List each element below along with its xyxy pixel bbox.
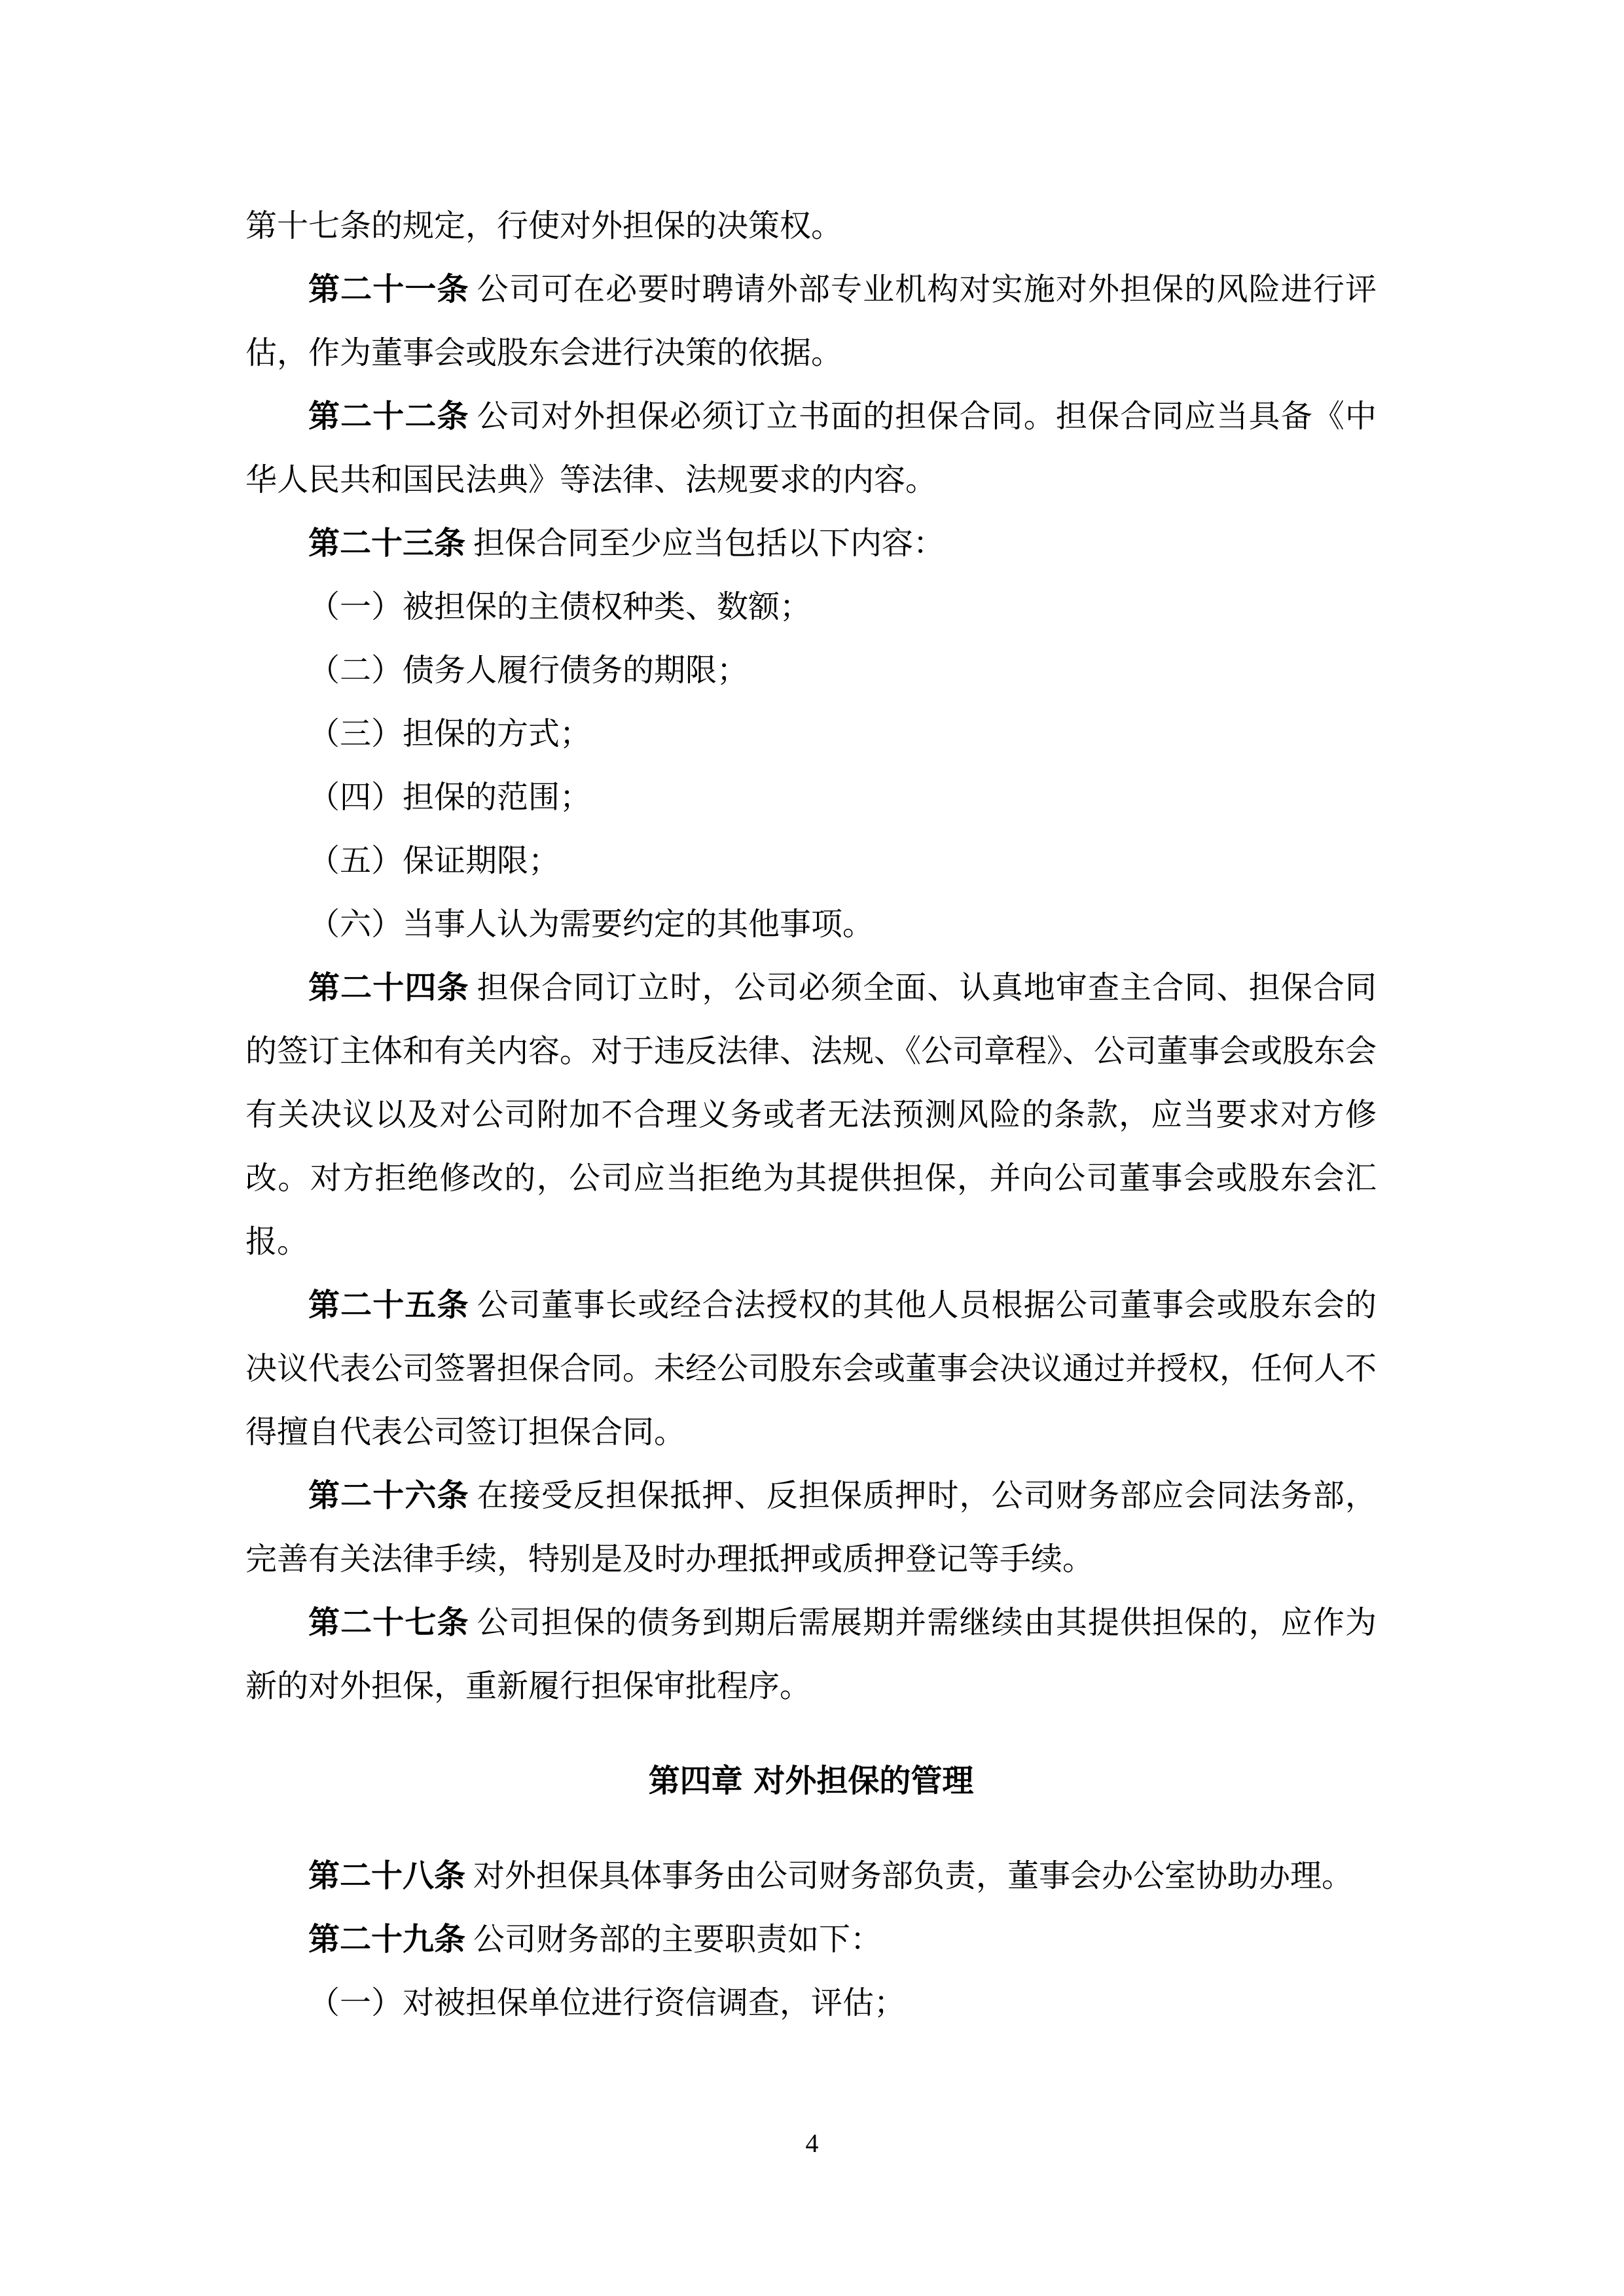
list-item: （二）债务人履行债务的期限； [245,639,1377,702]
page-number: 4 [0,2127,1624,2160]
article-title: 第二十八条 [308,1857,465,1894]
continuation-paragraph: 第十七条的规定，行使对外担保的决策权。 [245,194,1377,258]
article-21: 第二十一条公司可在必要时聘请外部专业机构对实施对外担保的风险进行评估，作为董事会… [245,258,1377,385]
list-item: （六）当事人认为需要约定的其他事项。 [245,893,1377,956]
article-26: 第二十六条在接受反担保抵押、反担保质押时，公司财务部应会同法务部，完善有关法律手… [245,1464,1377,1591]
article-27: 第二十七条公司担保的债务到期后需展期并需继续由其提供担保的，应作为新的对外担保，… [245,1591,1377,1718]
article-title: 第二十六条 [308,1477,469,1514]
article-title: 第二十四条 [308,969,469,1006]
document-page: 第十七条的规定，行使对外担保的决策权。 第二十一条公司可在必要时聘请外部专业机构… [245,194,1377,2035]
article-text: 担保合同至少应当包括以下内容： [473,525,945,562]
article-24: 第二十四条担保合同订立时，公司必须全面、认真地审查主合同、担保合同的签订主体和有… [245,956,1377,1274]
chapter-heading: 第四章 对外担保的管理 [245,1749,1377,1813]
article-title: 第二十九条 [308,1921,465,1958]
article-text: 担保合同订立时，公司必须全面、认真地审查主合同、担保合同的签订主体和有关内容。对… [245,969,1377,1260]
article-title: 第二十二条 [308,398,469,435]
article-text: 对外担保具体事务由公司财务部负责，董事会办公室协助办理。 [473,1857,1353,1894]
article-25: 第二十五条公司董事长或经合法授权的其他人员根据公司董事会或股东会的决议代表公司签… [245,1274,1377,1464]
article-title: 第二十一条 [308,271,469,308]
list-item: （一）被担保的主债权种类、数额； [245,575,1377,639]
article-text: 公司财务部的主要职责如下： [473,1921,882,1958]
article-28: 第二十八条对外担保具体事务由公司财务部负责，董事会办公室协助办理。 [245,1844,1377,1908]
list-item: （三）担保的方式； [245,702,1377,766]
article-23: 第二十三条担保合同至少应当包括以下内容： [245,512,1377,575]
list-item: （五）保证期限； [245,829,1377,893]
list-item: （四）担保的范围； [245,766,1377,829]
article-29: 第二十九条公司财务部的主要职责如下： [245,1908,1377,1971]
list-item: （一）对被担保单位进行资信调查，评估； [245,1971,1377,2035]
article-title: 第二十五条 [308,1287,469,1323]
article-title: 第二十三条 [308,525,465,562]
article-22: 第二十二条公司对外担保必须订立书面的担保合同。担保合同应当具备《中华人民共和国民… [245,385,1377,512]
article-title: 第二十七条 [308,1604,469,1641]
